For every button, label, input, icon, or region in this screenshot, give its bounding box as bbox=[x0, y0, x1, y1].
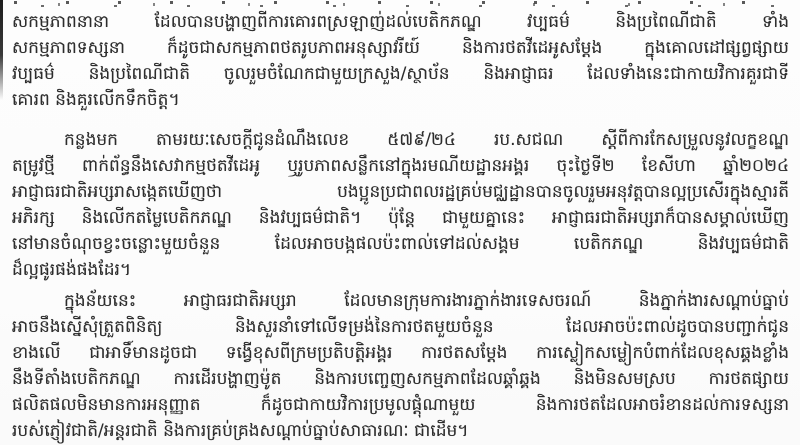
text-line: អាជ្ញាធរជាតិអប្សរាសង្កេតឃើញថា បងប្អូនប្រ… bbox=[12, 179, 789, 205]
text-line: ក្នុងន័យនេះ អាជ្ញាធរជាតិអប្សរា ដែលមានក្រ… bbox=[12, 288, 789, 314]
text-line: សកម្មភាពនានា ដែលបានបង្ហាញពីការគោរពស្រឡាញ… bbox=[12, 9, 789, 35]
text-line: សកម្មភាពទស្សនា ក៏ដូចជាសកម្មភាពថតរូបភាពអន… bbox=[12, 35, 789, 61]
text-line: នៅមានចំណុចខ្វះចន្លោះមួយចំនួន ដែលអាចបង្កផ… bbox=[12, 231, 789, 257]
text-line: ខាងលើ ជាអាទិ៍មានដូចជា ទង្វើខុសពីក្រមប្រត… bbox=[12, 340, 789, 366]
document-body: សកម្មភាពនានា ដែលបានបង្ហាញពីការគោរពស្រឡាញ… bbox=[12, 9, 789, 444]
paragraph-1: សកម្មភាពនានា ដែលបានបង្ហាញពីការគោរពស្រឡាញ… bbox=[12, 9, 789, 113]
text-line: ផលិតផលមិនមានការអនុញ្ញាត ក៏ដូចជាកាយវិការប… bbox=[12, 392, 789, 418]
text-line: តម្រូវថ្មី ពាក់ព័ន្ធនឹងសេវាកម្មថតវីដេអូ … bbox=[12, 153, 789, 179]
text-line: របស់ភ្ញៀវជាតិ/អន្តរជាតិ និងការគ្រប់គ្រងស… bbox=[12, 418, 789, 444]
scan-edge-artifact bbox=[0, 0, 3, 100]
paragraph-2: កន្លងមក តាមរយៈសេចក្ដីជូនដំណឹងលេខ ៥៧៩/២៤ … bbox=[12, 127, 789, 283]
paragraph-3: ក្នុងន័យនេះ អាជ្ញាធរជាតិអប្សរា ដែលមានក្រ… bbox=[12, 288, 789, 444]
text-line: អភិរក្ស និងលើកតម្លៃបេតិកភណ្ឌ និងវប្បធម៌ជ… bbox=[12, 205, 789, 231]
text-line: កន្លងមក តាមរយៈសេចក្ដីជូនដំណឹងលេខ ៥៧៩/២៤ … bbox=[12, 127, 789, 153]
text-line: វប្បធម៌ និងប្រពៃណីជាតិ ចូលរួមចំណែកជាមួយក… bbox=[12, 61, 789, 87]
text-line: អាចនឹងស្នើសុំត្រួតពិនិត្យ និងសួរនាំទៅលើទ… bbox=[12, 314, 789, 340]
clipped-previous-line-fragments bbox=[14, 0, 788, 8]
text-line: ដ៏ល្អផូរផង់ផងដែរ។ bbox=[12, 257, 789, 283]
scanned-document-page: សកម្មភាពនានា ដែលបានបង្ហាញពីការគោរពស្រឡាញ… bbox=[0, 0, 800, 445]
text-line: គោរព និងគួរលើកទឹកចិត្ត។ bbox=[12, 87, 789, 113]
text-line: នឹងទីតាំងបេតិកភណ្ឌ ការដើរបង្ហាញម៉ូត និងក… bbox=[12, 366, 789, 392]
